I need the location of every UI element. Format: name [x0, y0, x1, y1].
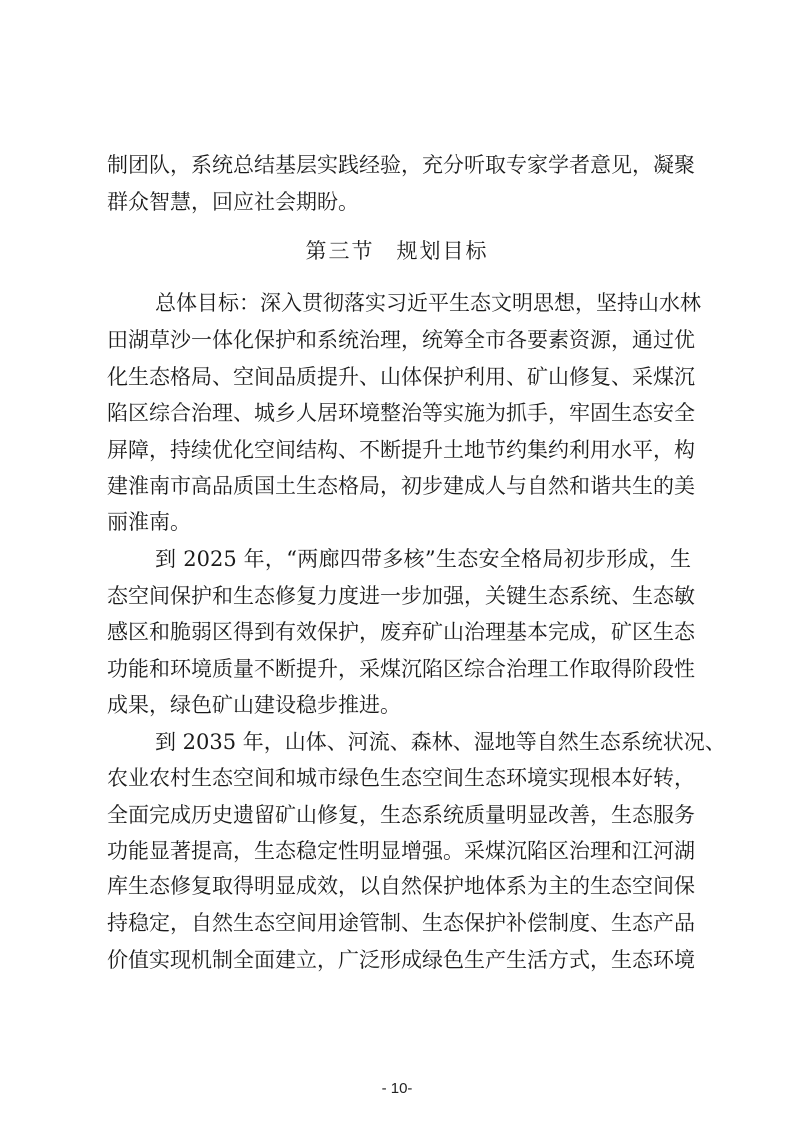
- section-heading: 第三节规划目标: [0, 236, 794, 266]
- paragraph-line: 持稳定，自然生态空间用途管制、生态保护补偿制度、生态产品: [107, 908, 691, 938]
- paragraph-line: 农业农村生态空间和城市绿色生态空间生态环境实现根本好转，: [107, 763, 691, 793]
- paragraph-line: 屏障，持续优化空间结构、不断提升土地节约集约利用水平，构: [107, 435, 691, 465]
- paragraph-line: 全面完成历史遗留矿山修复，生态系统质量明显改善，生态服务: [107, 800, 691, 830]
- page-number: - 10-: [0, 1080, 794, 1097]
- paragraph-line: 制团队，系统总结基层实践经验，充分听取专家学者意见，凝聚: [107, 150, 691, 180]
- paragraph-line: 功能和环境质量不断提升，采煤沉陷区综合治理工作取得阶段性: [107, 654, 691, 684]
- document-page: 制团队，系统总结基层实践经验，充分听取专家学者意见，凝聚 群众智慧，回应社会期盼…: [0, 0, 794, 1123]
- paragraph-line: 价值实现机制全面建立，广泛形成绿色生产生活方式，生态环境: [107, 945, 691, 975]
- paragraph-line: 化生态格局、空间品质提升、山体保护利用、矿山修复、采煤沉: [107, 362, 691, 392]
- paragraph-line: 成果，绿色矿山建设稳步推进。: [107, 690, 691, 720]
- paragraph-line: 功能显著提高，生态稳定性明显增强。采煤沉陷区治理和江河湖: [107, 836, 691, 866]
- paragraph-line: 态空间保护和生态修复力度进一步加强，关键生态系统、生态敏: [107, 581, 691, 611]
- paragraph-line: 陷区综合治理、城乡人居环境整治等实施为抓手，牢固生态安全: [107, 398, 691, 428]
- paragraph-line: 建淮南市高品质国土生态格局，初步建成人与自然和谐共生的美: [107, 471, 691, 501]
- paragraph-line: 田湖草沙一体化保护和系统治理，统筹全市各要素资源，通过优: [107, 325, 691, 355]
- paragraph-line: 群众智慧，回应社会期盼。: [107, 187, 691, 217]
- paragraph-line: 丽淮南。: [107, 507, 691, 537]
- section-number: 第三节: [306, 239, 375, 263]
- paragraph-line: 库生态修复取得明显成效，以自然保护地体系为主的生态空间保: [107, 871, 691, 901]
- paragraph-line: 感区和脆弱区得到有效保护，废弃矿山治理基本完成，矿区生态: [107, 617, 691, 647]
- paragraph-line: 到 2035 年，山体、河流、森林、湿地等自然生态系统状况、: [155, 727, 691, 757]
- paragraph-line: 总体目标：深入贯彻落实习近平生态文明思想，坚持山水林: [155, 288, 691, 318]
- paragraph-line: 到 2025 年，“两廊四带多核”生态安全格局初步形成，生: [155, 544, 691, 574]
- section-title: 规划目标: [397, 239, 489, 263]
